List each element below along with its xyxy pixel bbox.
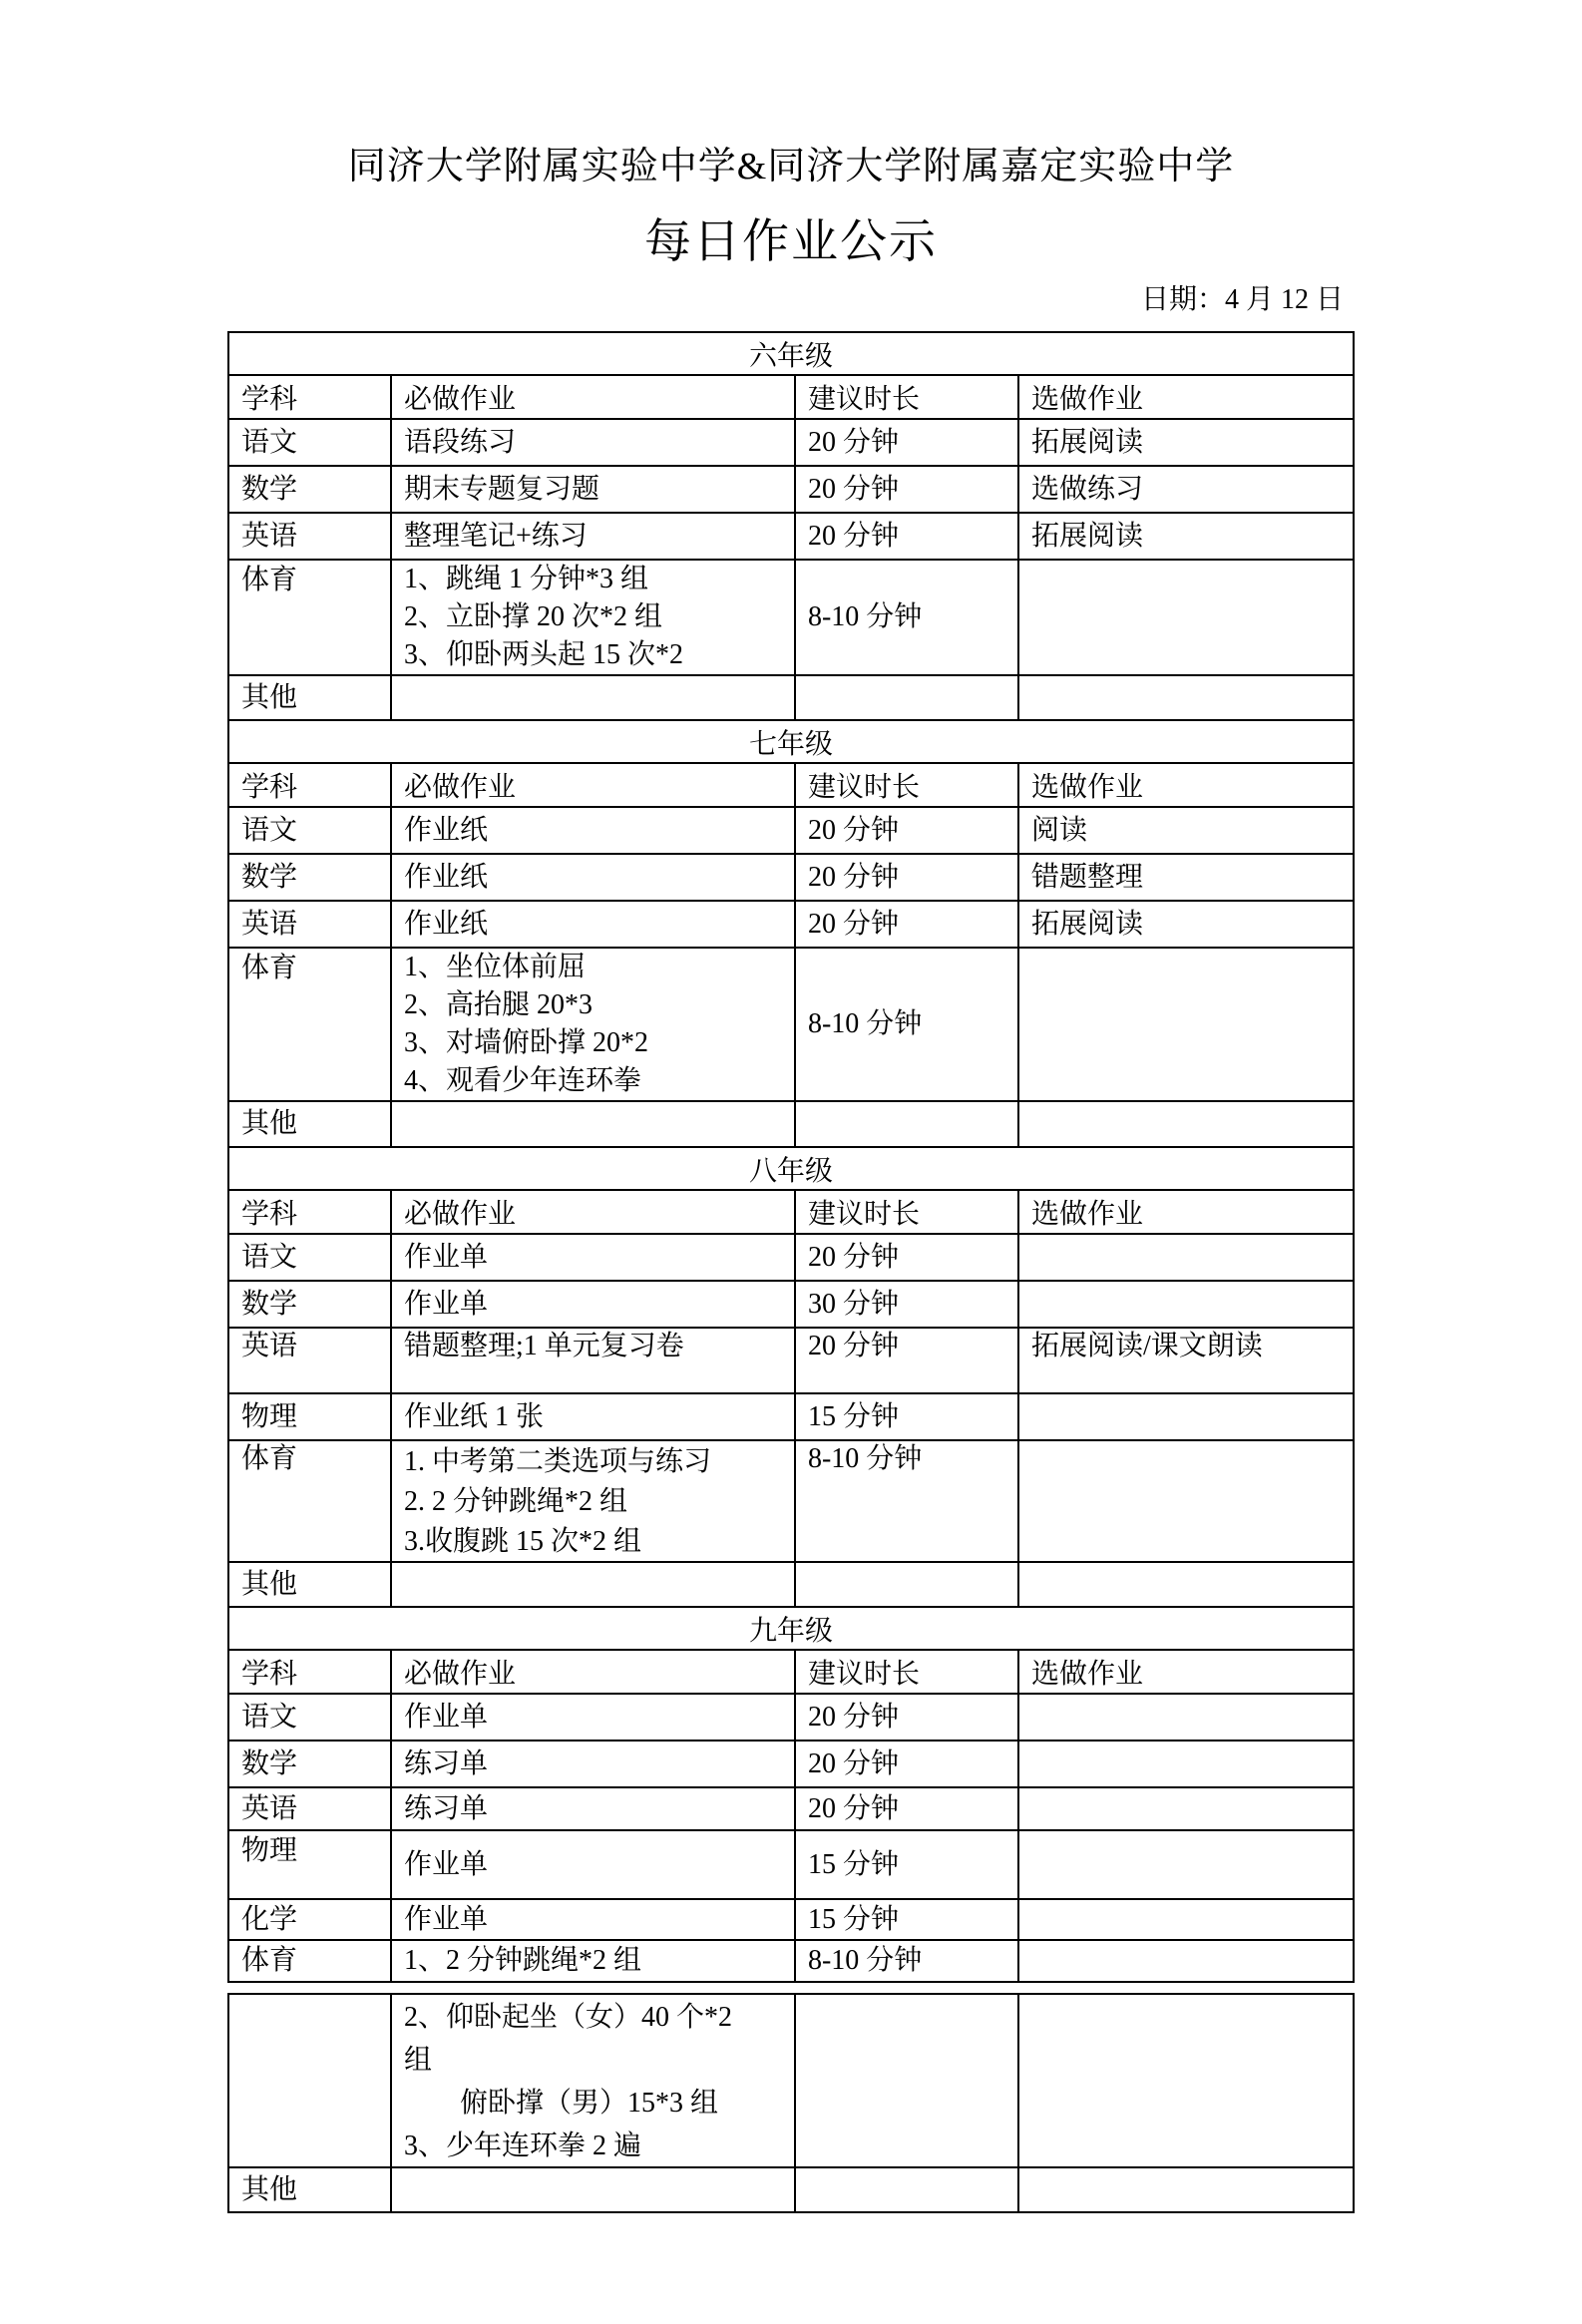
required-cell: 错题整理;1 单元复习卷 [391,1328,795,1393]
grade-section-row: 六年级 [228,332,1354,375]
optional-cell [1018,2167,1354,2212]
subject-label: 数学 [241,1748,378,1780]
optional-cell [1018,1830,1354,1899]
required-cell: 1. 中考第二类选项与练习2. 2 分钟跳绳*2 组3.收腹跳 15 次*2 组 [391,1440,795,1562]
duration-label: 15 分钟 [808,1904,1005,1936]
column-header: 学科 [228,375,391,419]
duration-cell: 20 分钟 [795,1234,1018,1281]
duration-cell: 20 分钟 [795,807,1018,854]
duration-cell: 20 分钟 [795,1741,1018,1787]
subject-cell: 数学 [228,854,391,901]
required-cell: 练习单 [391,1787,795,1830]
duration-cell: 20 分钟 [795,1328,1018,1393]
duration-label: 15 分钟 [808,1401,1005,1433]
grade-section-header: 七年级 [228,720,1354,763]
duration-label: 8-10 分钟 [808,601,1005,633]
subject-cell: 数学 [228,1281,391,1328]
optional-label: 阅读 [1031,815,1341,847]
required-cell: 作业单 [391,1694,795,1741]
column-header: 选做作业 [1018,763,1354,807]
subject-cell: 数学 [228,466,391,513]
optional-cell: 错题整理 [1018,854,1354,901]
subject-label [241,1995,378,1997]
table-row: 物理作业单15 分钟 [228,1830,1354,1899]
subject-label: 语文 [241,1242,378,1274]
required-cell: 整理笔记+练习 [391,513,795,560]
subject-cell: 体育 [228,1440,391,1562]
column-header: 必做作业 [391,375,795,419]
optional-cell [1018,1440,1354,1562]
subject-label: 物理 [241,1835,378,1867]
column-header: 必做作业 [391,1650,795,1694]
required-cell: 期末专题复习题 [391,466,795,513]
required-cell: 作业纸 1 张 [391,1393,795,1440]
duration-cell [795,1562,1018,1607]
column-header: 建议时长 [795,375,1018,419]
subject-label: 英语 [241,1329,378,1362]
duration-label: 20 分钟 [808,1702,1005,1734]
grade-section-header: 六年级 [228,332,1354,375]
required-line: 作业纸 1 张 [404,1401,782,1433]
optional-cell [1018,1899,1354,1940]
optional-cell [1018,1562,1354,1607]
required-line: 2. 2 分钟跳绳*2 组 [404,1481,782,1521]
required-line: 3、对墙俯卧撑 20*2 [404,1024,782,1062]
required-cell: 作业单 [391,1899,795,1940]
subject-label: 英语 [241,521,378,553]
optional-cell: 选做练习 [1018,466,1354,513]
required-line: 1、跳绳 1 分钟*3 组 [404,561,782,598]
subject-cell: 语文 [228,807,391,854]
subject-label: 体育 [241,1441,378,1475]
optional-label: 拓展阅读 [1031,521,1341,553]
duration-cell: 15 分钟 [795,1899,1018,1940]
required-cell [391,1562,795,1607]
duration-label: 20 分钟 [808,521,1005,553]
subject-label: 体育 [241,953,378,984]
duration-cell [795,1101,1018,1147]
subject-cell: 体育 [228,1940,391,1982]
required-line: 作业单 [404,1242,782,1274]
required-line: 2、仰卧起坐（女）40 个*2 [404,1995,782,2038]
date-line: 日期：4 月 12 日 [228,284,1354,316]
column-header: 学科 [228,1190,391,1234]
grade-section-row: 八年级 [228,1147,1354,1190]
table-row: 英语整理笔记+练习20 分钟拓展阅读 [228,513,1354,560]
table-row: 语文语段练习20 分钟拓展阅读 [228,419,1354,466]
duration-label: 20 分钟 [808,1748,1005,1780]
column-header-row: 学科必做作业建议时长选做作业 [228,763,1354,807]
table-row: 体育1、跳绳 1 分钟*3 组2、立卧撑 20 次*2 组3、仰卧两头起 15 … [228,560,1354,675]
optional-cell [1018,1994,1354,2167]
optional-cell: 拓展阅读/课文朗读 [1018,1328,1354,1393]
optional-label: 拓展阅读 [1031,909,1341,941]
required-cell: 作业单 [391,1830,795,1899]
subject-cell: 其他 [228,675,391,720]
duration-label: 20 分钟 [808,815,1005,847]
column-header: 建议时长 [795,1650,1018,1694]
subject-cell: 英语 [228,513,391,560]
subject-label: 数学 [241,862,378,894]
table-row: 英语练习单20 分钟 [228,1787,1354,1830]
column-header: 选做作业 [1018,1190,1354,1234]
required-line: 错题整理;1 单元复习卷 [404,1329,782,1362]
column-header-row: 学科必做作业建议时长选做作业 [228,1650,1354,1694]
subject-label: 体育 [241,565,378,596]
subject-label: 体育 [241,1945,378,1977]
subject-cell: 英语 [228,1787,391,1830]
duration-cell [795,2167,1018,2212]
required-line: 练习单 [404,1748,782,1780]
optional-cell [1018,1101,1354,1147]
subject-label: 物理 [241,1401,378,1433]
duration-label: 20 分钟 [808,427,1005,459]
required-line: 期末专题复习题 [404,474,782,506]
subject-label: 数学 [241,1289,378,1321]
subject-label: 其他 [241,2174,378,2206]
duration-cell: 20 分钟 [795,1694,1018,1741]
duration-cell: 20 分钟 [795,1787,1018,1830]
required-cell: 作业单 [391,1234,795,1281]
table-row: 物理作业纸 1 张15 分钟 [228,1393,1354,1440]
subject-cell: 语文 [228,1694,391,1741]
duration-label: 8-10 分钟 [808,1441,1005,1475]
required-line: 练习单 [404,1793,782,1825]
required-cell: 作业单 [391,1281,795,1328]
subject-label: 其他 [241,1569,378,1601]
optional-label: 选做练习 [1031,474,1341,506]
required-line: 3、少年连环拳 2 遍 [404,2124,782,2166]
required-line: 2、立卧撑 20 次*2 组 [404,598,782,636]
subject-label: 英语 [241,1793,378,1825]
subject-cell: 其他 [228,1562,391,1607]
optional-cell [1018,1393,1354,1440]
subject-cell: 其他 [228,2167,391,2212]
table-row: 体育1. 中考第二类选项与练习2. 2 分钟跳绳*2 组3.收腹跳 15 次*2… [228,1440,1354,1562]
required-line: 作业单 [404,1702,782,1734]
required-line: 1、2 分钟跳绳*2 组 [404,1945,782,1977]
column-header: 学科 [228,1650,391,1694]
column-header: 必做作业 [391,763,795,807]
homework-table: 六年级学科必做作业建议时长选做作业语文语段练习20 分钟拓展阅读数学期末专题复习… [227,331,1355,1983]
column-header: 选做作业 [1018,375,1354,419]
duration-cell: 30 分钟 [795,1281,1018,1328]
table-row: 英语错题整理;1 单元复习卷20 分钟拓展阅读/课文朗读 [228,1328,1354,1393]
required-line: 2、高抬腿 20*3 [404,986,782,1024]
optional-cell [1018,1787,1354,1830]
optional-cell [1018,1281,1354,1328]
subject-cell: 英语 [228,901,391,948]
duration-cell: 15 分钟 [795,1393,1018,1440]
duration-cell: 20 分钟 [795,854,1018,901]
required-line: 俯卧撑（男）15*3 组 [404,2081,782,2124]
optional-label: 拓展阅读 [1031,427,1341,459]
optional-label [1031,1441,1341,1443]
required-cell [391,2167,795,2212]
optional-cell [1018,675,1354,720]
column-header-row: 学科必做作业建议时长选做作业 [228,1190,1354,1234]
subject-label: 语文 [241,1702,378,1734]
duration-label [808,1995,1005,1997]
optional-label: 拓展阅读/课文朗读 [1031,1329,1341,1362]
column-header: 建议时长 [795,763,1018,807]
optional-cell: 拓展阅读 [1018,419,1354,466]
required-cell: 语段练习 [391,419,795,466]
table-row: 体育1、坐位体前屈2、高抬腿 20*33、对墙俯卧撑 20*24、观看少年连环拳… [228,948,1354,1101]
duration-cell [795,675,1018,720]
table-row: 数学期末专题复习题20 分钟选做练习 [228,466,1354,513]
grade-section-header: 九年级 [228,1607,1354,1650]
optional-cell: 拓展阅读 [1018,901,1354,948]
column-header: 建议时长 [795,1190,1018,1234]
duration-label: 20 分钟 [808,1242,1005,1274]
optional-cell: 拓展阅读 [1018,513,1354,560]
duration-cell: 20 分钟 [795,901,1018,948]
required-cell: 作业纸 [391,854,795,901]
table-row: 体育1、2 分钟跳绳*2 组8-10 分钟 [228,1940,1354,1982]
duration-label: 8-10 分钟 [808,1945,1005,1977]
required-line: 语段练习 [404,427,782,459]
school-header: 同济大学附属实验中学&同济大学附属嘉定实验中学 [0,0,1582,189]
table-row: 2、仰卧起坐（女）40 个*2组 俯卧撑（男）15*3 组3、少年连环拳 2 遍 [228,1994,1354,2167]
table-row: 语文作业纸20 分钟阅读 [228,807,1354,854]
table-row: 英语作业纸20 分钟拓展阅读 [228,901,1354,948]
subject-cell: 体育 [228,948,391,1101]
required-line: 作业纸 [404,862,782,894]
required-line: 作业纸 [404,909,782,941]
optional-cell [1018,1741,1354,1787]
required-cell: 练习单 [391,1741,795,1787]
required-cell: 1、跳绳 1 分钟*3 组2、立卧撑 20 次*2 组3、仰卧两头起 15 次*… [391,560,795,675]
table-row: 其他 [228,1101,1354,1147]
required-cell: 作业纸 [391,807,795,854]
table-row: 数学练习单20 分钟 [228,1741,1354,1787]
required-line: 4、观看少年连环拳 [404,1062,782,1100]
table-row: 语文作业单20 分钟 [228,1694,1354,1741]
required-line: 1. 中考第二类选项与练习 [404,1441,782,1481]
required-cell: 作业纸 [391,901,795,948]
duration-label: 20 分钟 [808,862,1005,894]
required-line: 作业单 [404,1289,782,1321]
optional-cell [1018,1940,1354,1982]
duration-cell: 20 分钟 [795,466,1018,513]
subject-cell: 化学 [228,1899,391,1940]
duration-cell [795,1994,1018,2167]
column-header-row: 学科必做作业建议时长选做作业 [228,375,1354,419]
optional-cell [1018,948,1354,1101]
duration-label: 15 分钟 [808,1849,1005,1881]
required-line: 作业纸 [404,815,782,847]
grade-section-row: 九年级 [228,1607,1354,1650]
table-row: 语文作业单20 分钟 [228,1234,1354,1281]
duration-cell: 20 分钟 [795,419,1018,466]
duration-cell: 20 分钟 [795,513,1018,560]
duration-label: 20 分钟 [808,474,1005,506]
document-page: 同济大学附属实验中学&同济大学附属嘉定实验中学 每日作业公示 日期：4 月 12… [0,0,1582,2324]
homework-table-continuation: 2、仰卧起坐（女）40 个*2组 俯卧撑（男）15*3 组3、少年连环拳 2 遍… [227,1993,1355,2213]
optional-cell [1018,560,1354,675]
required-cell: 2、仰卧起坐（女）40 个*2组 俯卧撑（男）15*3 组3、少年连环拳 2 遍 [391,1994,795,2167]
optional-cell [1018,1234,1354,1281]
grade-section-header: 八年级 [228,1147,1354,1190]
required-cell: 1、2 分钟跳绳*2 组 [391,1940,795,1982]
required-line: 整理笔记+练习 [404,521,782,553]
subject-label: 数学 [241,474,378,506]
optional-label [1031,1995,1341,1997]
optional-label: 错题整理 [1031,862,1341,894]
column-header: 学科 [228,763,391,807]
column-header: 选做作业 [1018,1650,1354,1694]
subject-cell: 语文 [228,419,391,466]
duration-label: 30 分钟 [808,1289,1005,1321]
subject-label: 化学 [241,1904,378,1936]
subject-cell [228,1994,391,2167]
table-row: 其他 [228,1562,1354,1607]
subject-label: 英语 [241,909,378,941]
subject-label: 其他 [241,1108,378,1140]
required-line: 1、坐位体前屈 [404,949,782,986]
subject-label: 语文 [241,427,378,459]
required-line: 组 [404,2038,782,2081]
required-line: 3.收腹跳 15 次*2 组 [404,1521,782,1561]
subject-label: 其他 [241,682,378,714]
duration-label: 20 分钟 [808,1793,1005,1825]
duration-label: 8-10 分钟 [808,1008,1005,1040]
optional-cell: 阅读 [1018,807,1354,854]
required-line: 作业单 [404,1849,782,1881]
duration-cell: 8-10 分钟 [795,1940,1018,1982]
duration-label: 20 分钟 [808,909,1005,941]
subject-cell: 体育 [228,560,391,675]
grade-section-row: 七年级 [228,720,1354,763]
duration-cell: 8-10 分钟 [795,1440,1018,1562]
required-cell [391,675,795,720]
subject-label: 语文 [241,815,378,847]
subject-cell: 数学 [228,1741,391,1787]
table-row: 数学作业纸20 分钟错题整理 [228,854,1354,901]
required-cell [391,1101,795,1147]
subject-cell: 英语 [228,1328,391,1393]
optional-cell [1018,1694,1354,1741]
table-row: 数学作业单30 分钟 [228,1281,1354,1328]
table-row: 化学作业单15 分钟 [228,1899,1354,1940]
duration-cell: 8-10 分钟 [795,560,1018,675]
required-cell: 1、坐位体前屈2、高抬腿 20*33、对墙俯卧撑 20*24、观看少年连环拳 [391,948,795,1101]
subject-cell: 语文 [228,1234,391,1281]
subject-cell: 物理 [228,1393,391,1440]
subject-cell: 其他 [228,1101,391,1147]
table-row: 其他 [228,2167,1354,2212]
column-header: 必做作业 [391,1190,795,1234]
duration-cell: 15 分钟 [795,1830,1018,1899]
required-line: 作业单 [404,1904,782,1936]
page-title: 每日作业公示 [0,216,1582,269]
duration-cell: 8-10 分钟 [795,948,1018,1101]
subject-cell: 物理 [228,1830,391,1899]
duration-label: 20 分钟 [808,1329,1005,1362]
required-line: 3、仰卧两头起 15 次*2 [404,636,782,674]
table-row: 其他 [228,675,1354,720]
